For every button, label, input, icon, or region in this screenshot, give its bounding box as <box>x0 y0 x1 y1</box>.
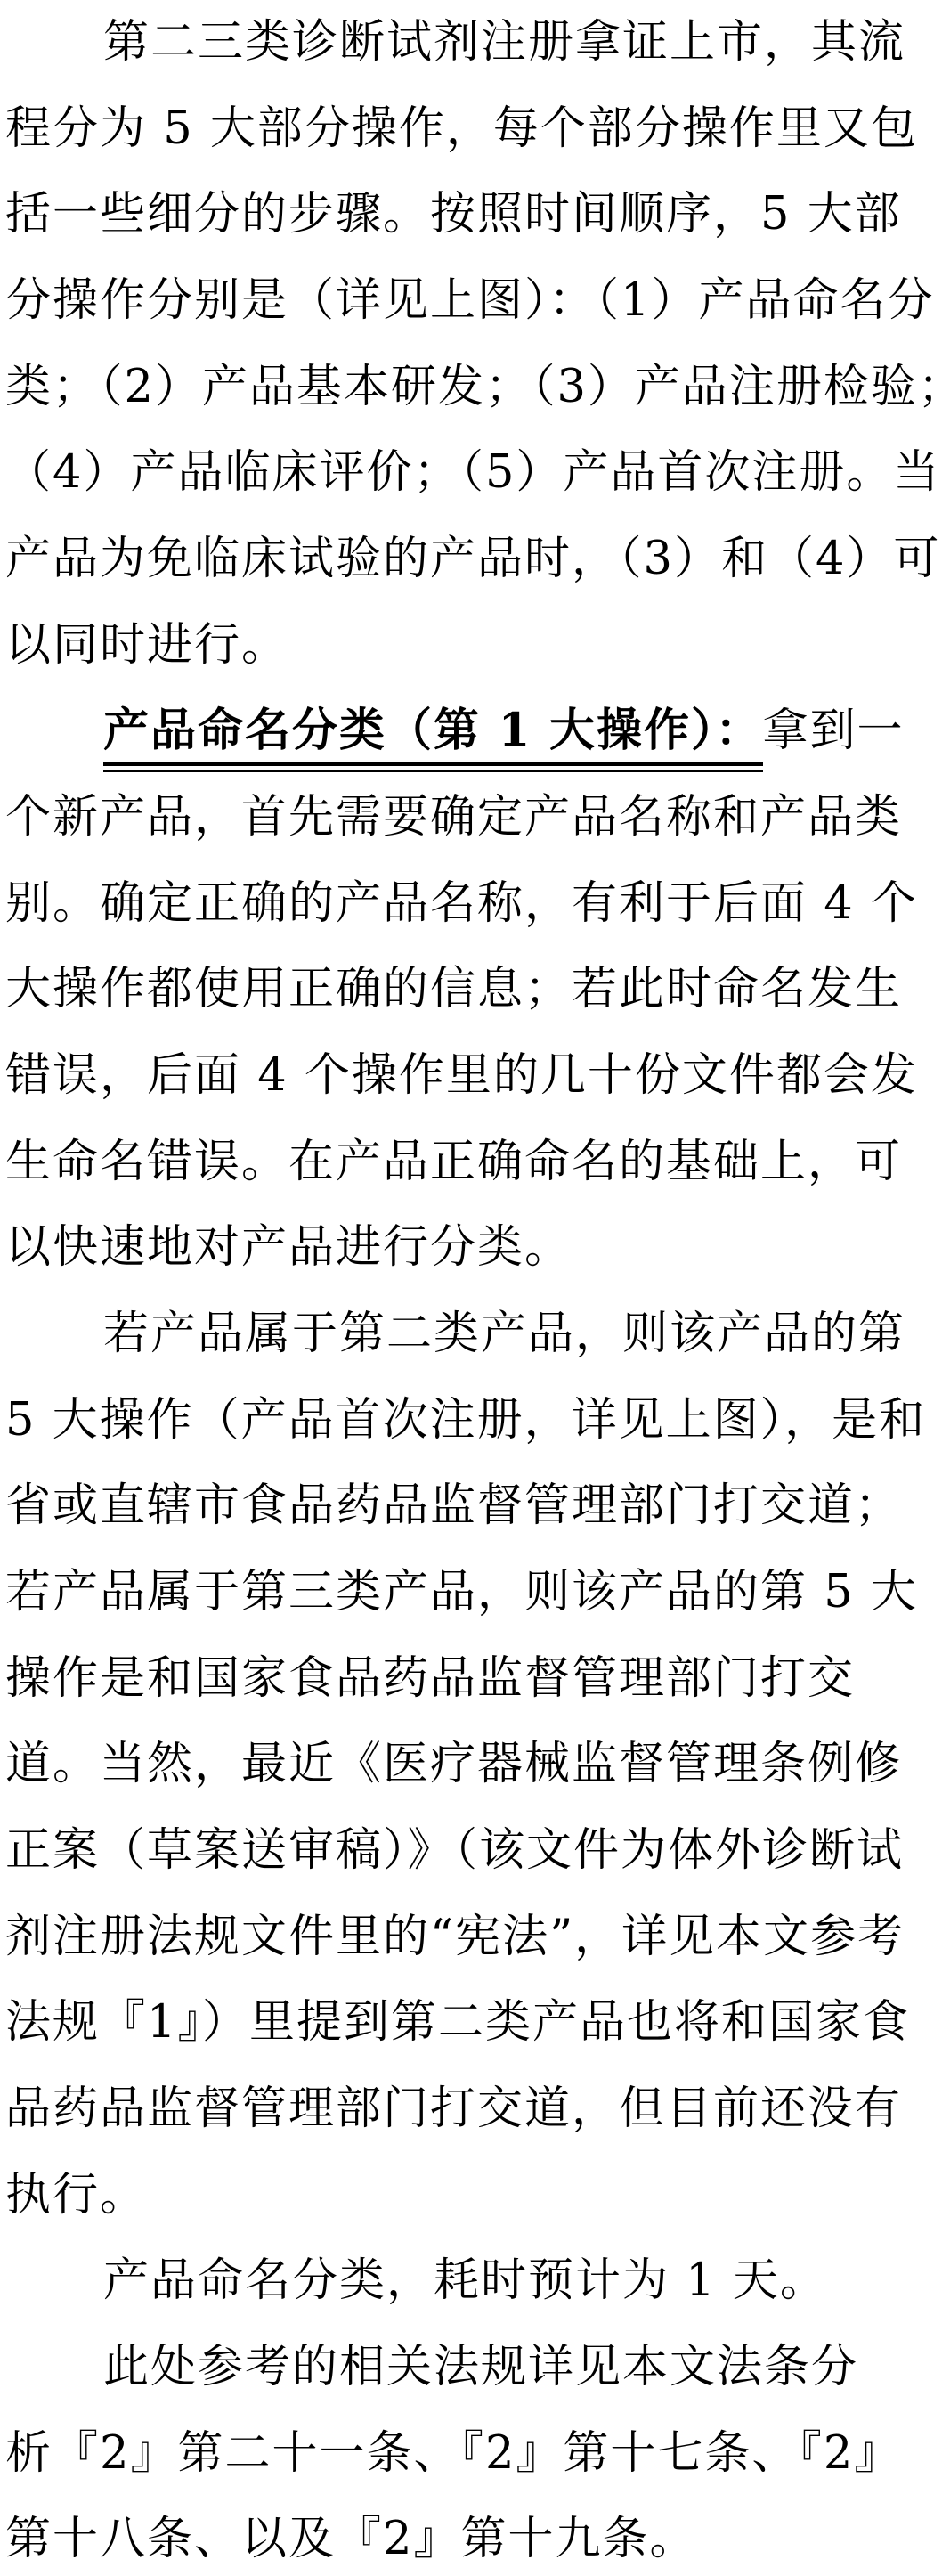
text-line: 分操作分别是（详见上图）：（1）产品命名分 <box>5 258 934 344</box>
text-line: 正案（草案送审稿）》（该文件为体外诊断试 <box>5 1808 904 1894</box>
text-line: 第二三类诊断试剂注册拿证上市，其流 <box>103 0 905 86</box>
text-line: 执行。 <box>5 2153 147 2238</box>
text-line: 错误，后面 4 个操作里的几十份文件都会发 <box>5 1033 918 1119</box>
text-line: 法规『1』）里提到第二类产品也将和国家食 <box>5 1980 910 2066</box>
text-line: 以快速地对产品进行分类。 <box>5 1205 572 1291</box>
text-line: 5 大操作（产品首次注册，详见上图），是和 <box>5 1378 926 1463</box>
text-line: 括一些细分的步骤。按照时间顺序，5 大部 <box>5 172 902 257</box>
text-line: 产品为免临床试验的产品时，（3）和（4）可 <box>5 517 940 602</box>
text-line: 程分为 5 大部分操作，每个部分操作里又包 <box>5 86 918 172</box>
text-line: 个新产品，首先需要确定产品名称和产品类 <box>5 775 902 860</box>
text-line: 省或直辖市食品药品监督管理部门打交道； <box>5 1463 902 1549</box>
text-line: 道。当然，最近《医疗器械监督管理条例修 <box>5 1722 902 1807</box>
text-line: 析『2』第二十一条、『2』第十七条、『2』 <box>5 2411 901 2497</box>
section-heading: 产品命名分类（第 1 大操作）： <box>103 699 763 766</box>
text-line: 产品命名分类，耗时预计为 1 天。 <box>103 2238 827 2324</box>
heading-line: 产品命名分类（第 1 大操作）：拿到一 <box>103 689 905 774</box>
text-line: 此处参考的相关法规详见本文法条分 <box>103 2325 858 2410</box>
text-line: 剂注册法规文件里的“宪法”，详见本文参考 <box>5 1895 905 1980</box>
text-line: 品药品监督管理部门打交道，但目前还没有 <box>5 2067 902 2152</box>
text-run: 拿到一 <box>763 705 905 757</box>
text-line: 以同时进行。 <box>5 603 288 689</box>
text-line: 别。确定正确的产品名称，有利于后面 4 个 <box>5 861 918 947</box>
text-line: 类；（2）产品基本研发；（3）产品注册检验； <box>5 345 942 430</box>
text-line: 操作是和国家食品药品监督管理部门打交 <box>5 1636 855 1722</box>
text-line: 生命名错误。在产品正确命名的基础上，可 <box>5 1120 902 1205</box>
text-line: 若产品属于第二类产品，则该产品的第 <box>103 1292 905 1377</box>
text-line: 大操作都使用正确的信息；若此时命名发生 <box>5 947 902 1032</box>
text-line: （4）产品临床评价；（5）产品首次注册。当 <box>5 430 940 516</box>
text-line: 第十八条、以及『2』第十九条。 <box>5 2497 696 2576</box>
text-line: 若产品属于第三类产品，则该产品的第 5 大 <box>5 1550 918 1635</box>
